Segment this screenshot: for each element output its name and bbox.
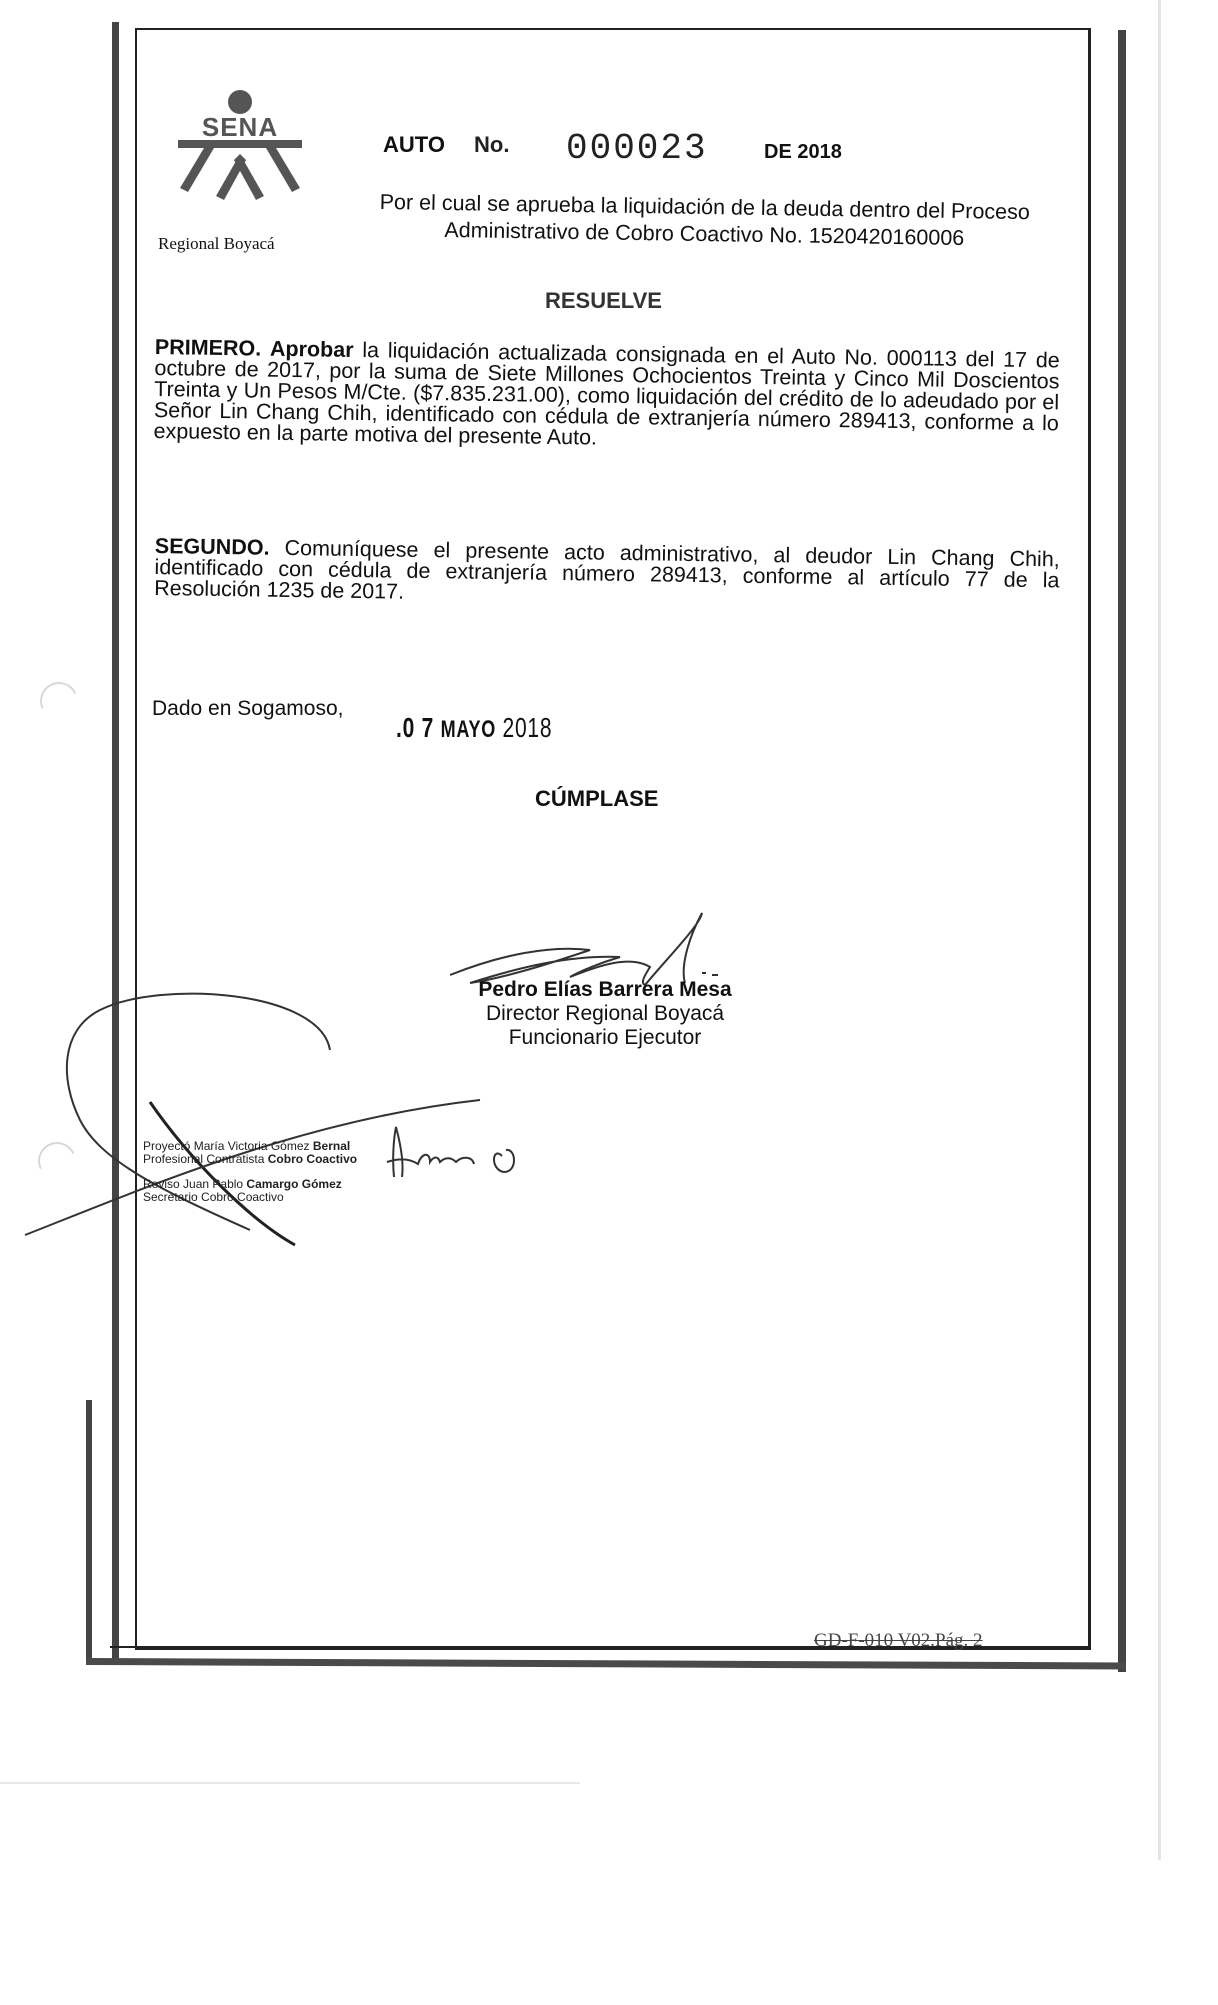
credit-reviso: Reviso Juan Pablo Camargo Gómez Secretar… <box>143 1178 357 1204</box>
segundo-text: Comuníquese el presente acto administrat… <box>154 536 1060 604</box>
auto-year: DE 2018 <box>764 141 842 164</box>
date-month: MAYO <box>441 716 496 743</box>
cumplase-heading: CÚMPLASE <box>535 786 658 812</box>
inner-frame <box>135 28 1091 1650</box>
date-year: 2018 <box>503 712 553 743</box>
resuelve-heading: RESUELVE <box>545 288 662 314</box>
auto-label: AUTO <box>383 132 445 158</box>
form-code: GD-F-010 V02.Pág. 2 <box>814 1630 983 1652</box>
scan-edge-line <box>1158 0 1161 1860</box>
proyecto-role: Profesional Contratista <box>143 1152 264 1166</box>
initials-signature-icon <box>382 1122 542 1182</box>
reviso-surname: Camargo Gómez <box>246 1177 341 1191</box>
proyecto-surname: Bernal <box>313 1139 350 1153</box>
svg-text:SENA: SENA <box>202 112 278 142</box>
outer-frame-right <box>1118 30 1126 1672</box>
outer-frame-left <box>112 22 119 1662</box>
reviso-label: Reviso <box>143 1177 180 1191</box>
proyecto-label: Proyectó <box>143 1139 190 1153</box>
date-stamp: .0 7 MAYO 2018 <box>396 712 552 744</box>
proyecto-name: María Victoria Gómez <box>194 1139 310 1153</box>
reviso-role: Secretario Cobro Coactivo <box>143 1191 357 1204</box>
dado-en-label: Dado en Sogamoso, <box>152 697 343 721</box>
reviso-name: Juan Pablo <box>183 1177 243 1191</box>
outer-frame-left-lower <box>86 1400 92 1662</box>
date-day: .0 7 <box>396 712 434 743</box>
article-primero: PRIMERO. Aprobar la liquidación actualiz… <box>153 337 1059 455</box>
article-segundo: SEGUNDO. Comuníquese el presente acto ad… <box>154 536 1060 612</box>
proyecto-unit: Cobro Coactivo <box>268 1152 357 1166</box>
outer-frame-bottom <box>86 1658 1126 1670</box>
document-credits: Proyectó María Victoria Gómez Bernal Pro… <box>143 1140 357 1216</box>
regional-label: Regional Boyacá <box>158 234 275 254</box>
auto-no-label: No. <box>474 132 509 158</box>
sena-logo-icon: SENA <box>176 88 304 206</box>
auto-number: 000023 <box>566 128 708 169</box>
scan-edge-line-bottom <box>0 1782 580 1784</box>
punch-hole-mark <box>35 677 84 726</box>
credit-proyecto: Proyectó María Victoria Gómez Bernal Pro… <box>143 1140 357 1166</box>
